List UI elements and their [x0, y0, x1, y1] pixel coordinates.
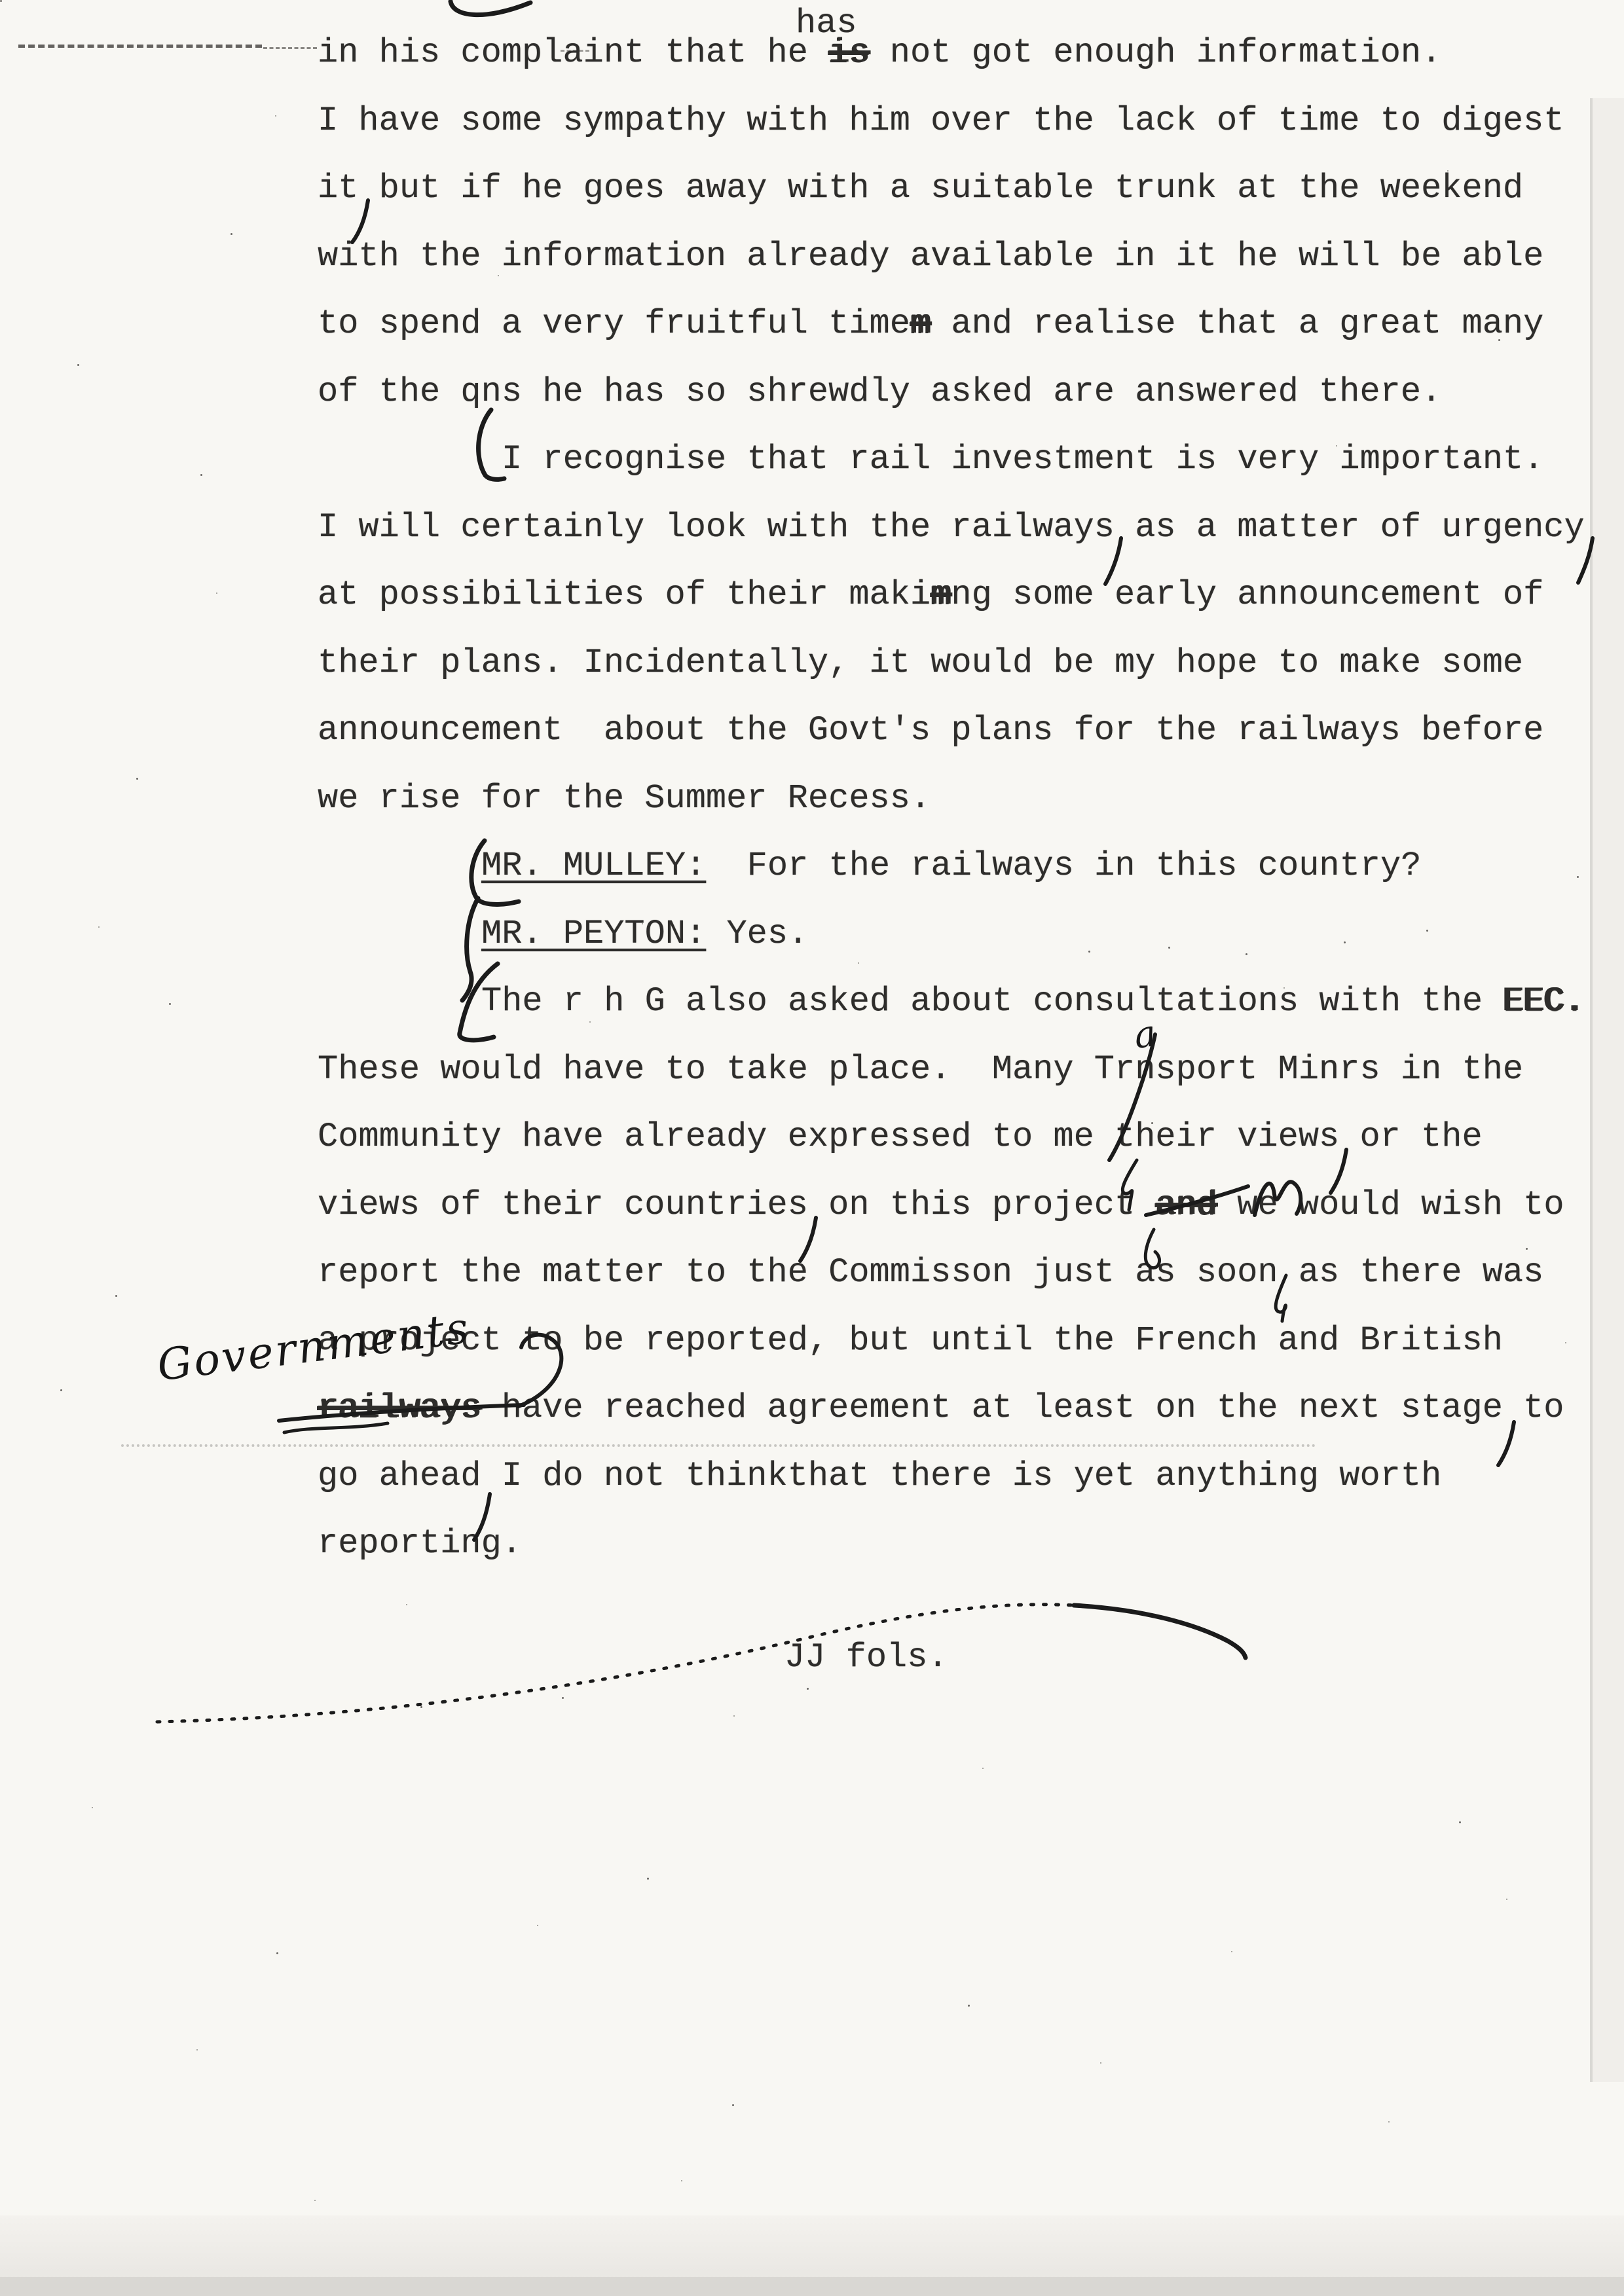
typed-segment: I have some sympathy with him over the l…	[318, 101, 1564, 140]
typed-segment: These would have to take place. Many Trn…	[318, 1050, 1523, 1089]
handwritten-arc-solid	[1074, 1605, 1246, 1658]
typed-line-17: Community have already expressed to me t…	[318, 1120, 1483, 1154]
typed-segment-xout: m	[931, 575, 951, 614]
typed-line-20: a project to be reported, but until the …	[318, 1324, 1503, 1358]
typed-line-13: MR. MULLEY: For the railways in this cou…	[481, 849, 1421, 883]
typed-segment: in his complaint that he	[318, 33, 828, 72]
typed-segment: we rise for the Summer Recess.	[318, 779, 931, 818]
typed-insertion-has: has	[796, 4, 857, 43]
typed-segment: report the matter to the Commisson just …	[318, 1253, 1543, 1292]
typed-line-14: MR. PEYTON: Yes.	[481, 917, 808, 951]
typed-line-1: in his complaint that he is not got enou…	[318, 36, 1441, 70]
typed-segment: I will certainly look with the railways …	[318, 508, 1585, 547]
typed-segment-smudge: EEC.	[1503, 982, 1585, 1021]
typed-line-7: I recognise that rail investment is very…	[502, 443, 1543, 477]
typed-segment-xout: m	[910, 304, 931, 343]
typed-segment: views of their countries on this project	[318, 1186, 1155, 1224]
typed-line-11: announcement about the Govt's plans for …	[318, 714, 1543, 748]
typed-segment: it but if he goes away with a suitable t…	[318, 169, 1523, 208]
typed-line-16: These would have to take place. Many Trn…	[318, 1053, 1523, 1087]
document-page: in his complaint that he is not got enou…	[0, 0, 1624, 2296]
handwritten-comma-after-stage	[1498, 1422, 1514, 1465]
typed-segment-u: MR. MULLEY:	[481, 847, 706, 885]
typed-line-4: with the information already available i…	[318, 240, 1543, 274]
typed-line-21: railways have reached agreement at least…	[318, 1391, 1564, 1425]
typed-segment: a project to be reported, but until the …	[318, 1321, 1503, 1360]
typed-segment: For the railways in this country?	[706, 847, 1421, 885]
typed-line-19: report the matter to the Commisson just …	[318, 1256, 1543, 1290]
handwritten-bracket-recognise	[479, 410, 504, 479]
typed-segment: have reached agreement at least on the n…	[481, 1389, 1564, 1427]
handwritten-governments: Governments	[155, 1302, 473, 1391]
typed-line-5: to spend a very fruitful timem and reali…	[318, 307, 1543, 341]
typed-segment-u: MR. PEYTON:	[481, 915, 706, 953]
scan-bottom-edge	[0, 2277, 1624, 2296]
typed-segment: and realise that a great many	[931, 304, 1543, 343]
typed-segment: I recognise that rail investment is very…	[502, 440, 1543, 479]
typed-segment: at possibilities of their maki	[318, 575, 931, 614]
typed-line-8: I will certainly look with the railways …	[318, 511, 1585, 545]
typed-segment: announcement about the Govt's plans for …	[318, 711, 1543, 750]
typed-segment: not got enough information.	[870, 33, 1442, 72]
typed-segment-xout: and	[1155, 1186, 1217, 1224]
typed-segment: we would wish to	[1217, 1186, 1564, 1224]
typed-segment: Yes.	[706, 915, 808, 953]
typed-line-22: go ahead I do not thinkthat there is yet…	[318, 1459, 1441, 1493]
paper-edge-strip	[1593, 98, 1624, 2082]
typed-segment: of the qns he has so shrewdly asked are …	[318, 373, 1441, 411]
handwritten-hook-top	[451, 1, 530, 15]
typed-segment: go ahead I do not thinkthat there is yet…	[318, 1457, 1441, 1495]
scan-dash-artifact	[263, 47, 317, 49]
typed-segment: ng some early announcement of	[951, 575, 1543, 614]
typed-line-23: reporting.	[318, 1527, 522, 1561]
typed-segment: reporting.	[318, 1524, 522, 1563]
scan-dash-artifact	[18, 45, 262, 48]
typed-segment-xout: railways	[318, 1389, 481, 1427]
typed-segment: with the information already available i…	[318, 237, 1543, 276]
scan-smudge-line	[121, 1444, 1316, 1447]
sign-off-jj-fols: JJ fols.	[784, 1638, 948, 1677]
typed-segment: The r h G also asked about consultations…	[481, 982, 1503, 1021]
typed-line-18: views of their countries on this project…	[318, 1188, 1564, 1222]
typed-segment: their plans. Incidentally, it would be m…	[318, 644, 1523, 682]
handwritten-bracket-peyton	[462, 898, 478, 1000]
typed-line-15: The r h G also asked about consultations…	[481, 985, 1585, 1019]
typed-line-2: I have some sympathy with him over the l…	[318, 104, 1564, 138]
typed-line-9: at possibilities of their makimng some e…	[318, 578, 1543, 612]
typed-segment: Community have already expressed to me t…	[318, 1118, 1483, 1156]
scan-speckles	[0, 0, 1, 1]
typed-line-3: it but if he goes away with a suitable t…	[318, 172, 1523, 206]
typed-line-12: we rise for the Summer Recess.	[318, 782, 931, 816]
typed-segment: to spend a very fruitful time	[318, 304, 910, 343]
typed-line-6: of the qns he has so shrewdly asked are …	[318, 375, 1441, 409]
typed-line-10: their plans. Incidentally, it would be m…	[318, 646, 1523, 680]
paper-edge-line	[1590, 98, 1593, 2082]
